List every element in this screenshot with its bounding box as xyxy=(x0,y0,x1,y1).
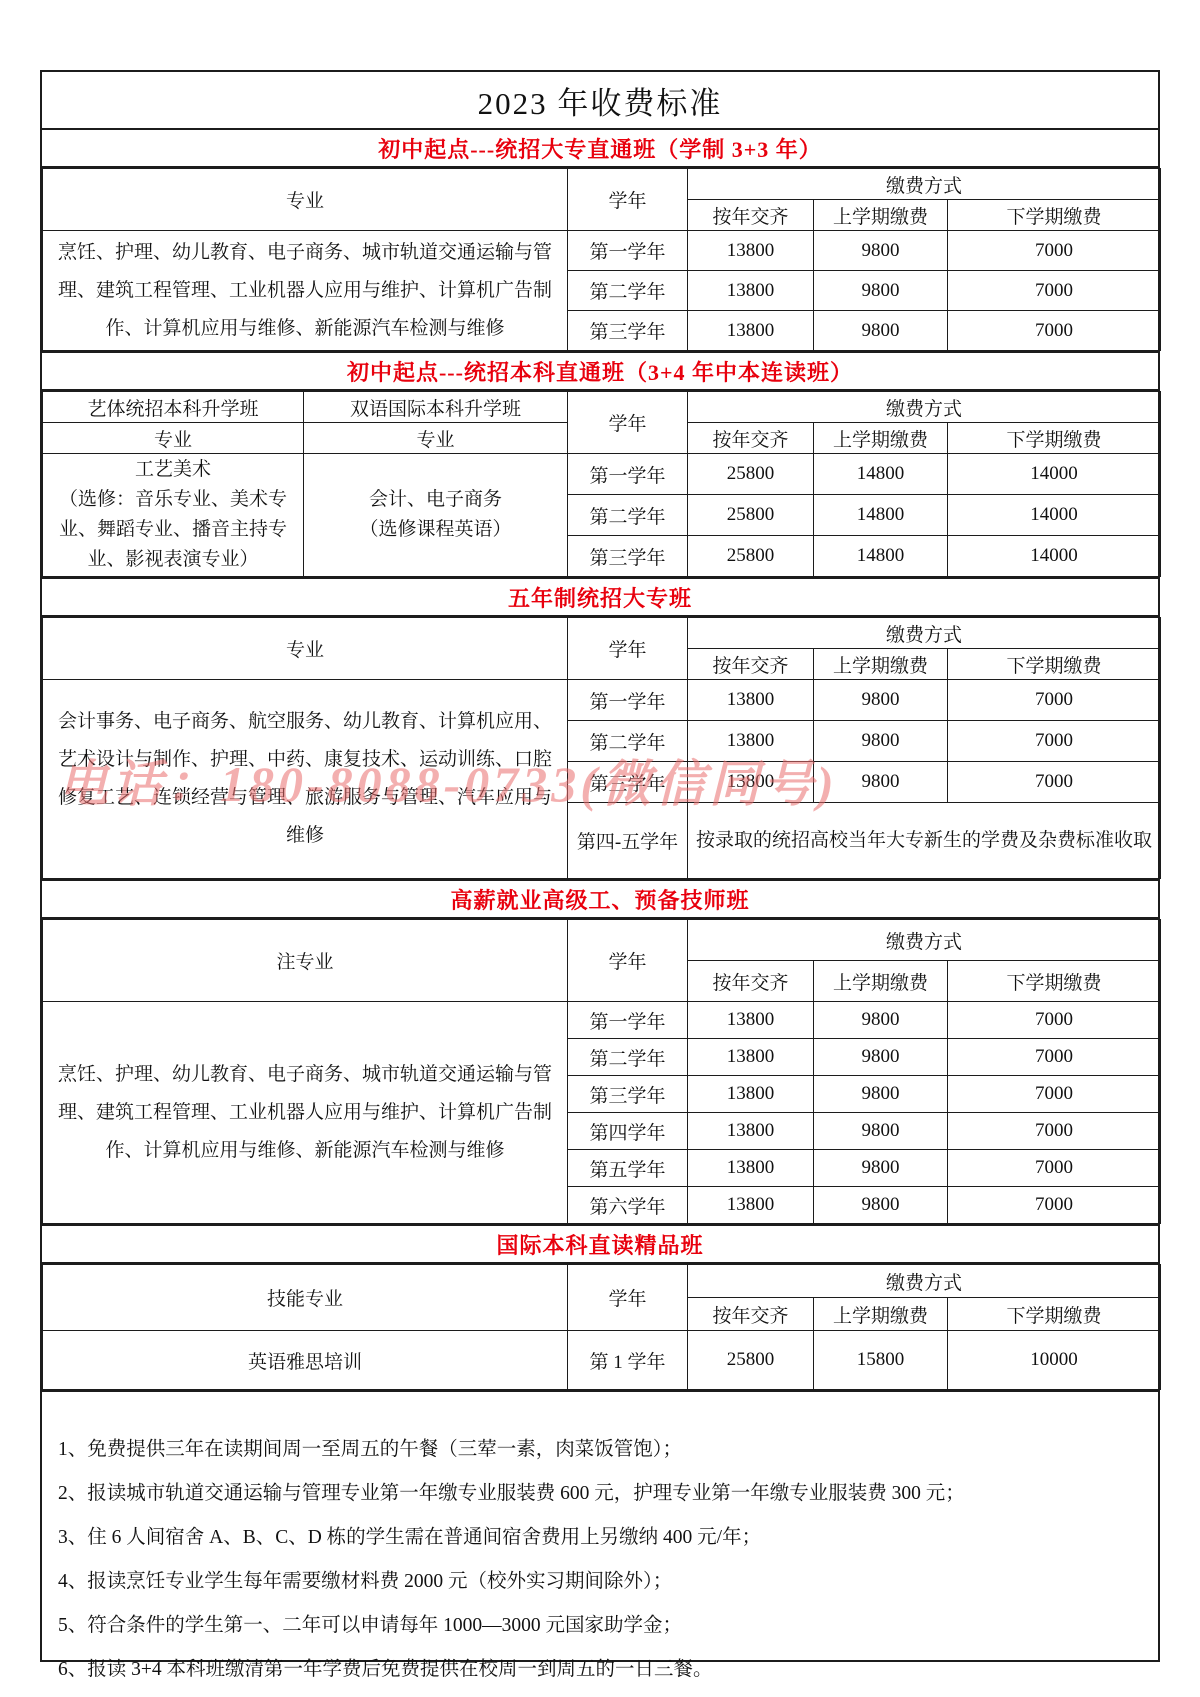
section2-title: 初中起点---统招本科直通班（3+4 年中本连读班） xyxy=(42,351,1158,391)
year-cell: 第二学年 xyxy=(568,721,688,762)
header-year: 学年 xyxy=(568,1265,688,1331)
fee-cell: 9800 xyxy=(814,1150,948,1187)
fee-cell: 9800 xyxy=(814,231,948,271)
fee-standard-sheet: 2023 年收费标准 初中起点---统招大专直通班（学制 3+3 年） 专业 学… xyxy=(40,70,1160,1662)
fee-cell: 13800 xyxy=(688,271,814,311)
year-cell: 第三学年 xyxy=(568,311,688,351)
fee-cell: 7000 xyxy=(948,1039,1161,1076)
fee-cell: 7000 xyxy=(948,1187,1161,1224)
fee-cell: 7000 xyxy=(948,231,1161,271)
footnotes: 1、免费提供三年在读期间周一至周五的午餐（三荤一素，肉菜饭管饱）； 2、报读城市… xyxy=(42,1390,1158,1660)
year-cell: 第三学年 xyxy=(568,762,688,803)
header-payment-method: 缴费方式 xyxy=(688,618,1161,649)
fee-cell: 7000 xyxy=(948,762,1161,803)
section5-major: 英语雅思培训 xyxy=(43,1331,568,1390)
year-cell: 第五学年 xyxy=(568,1150,688,1187)
fee-cell: 7000 xyxy=(948,721,1161,762)
fee-cell: 14800 xyxy=(814,495,948,536)
header-pay-term1: 上学期缴费 xyxy=(814,1298,948,1331)
section2-class2-name: 双语国际本科升学班 xyxy=(304,392,568,423)
year-cell: 第一学年 xyxy=(568,231,688,271)
header-payment-method: 缴费方式 xyxy=(688,1265,1161,1298)
header-year: 学年 xyxy=(568,618,688,680)
note-line: 6、报读 3+4 本科班缴清第一年学费后免费提供在校周一到周五的一日三餐。 xyxy=(58,1648,1138,1692)
header-payment-method: 缴费方式 xyxy=(688,392,1161,423)
header-major: 专业 xyxy=(304,423,568,454)
note-line: 5、符合条件的学生第一、二年可以申请每年 1000—3000 元国家助学金； xyxy=(58,1604,1138,1648)
fee-cell: 14000 xyxy=(948,495,1161,536)
fee-cell: 9800 xyxy=(814,1187,948,1224)
section3-table: 专业 学年 缴费方式 按年交齐 上学期缴费 下学期缴费 会计事务、电子商务、航空… xyxy=(42,617,1161,879)
header-pay-term2: 下学期缴费 xyxy=(948,200,1161,231)
section4-majors: 烹饪、护理、幼儿教育、电子商务、城市轨道交通运输与管理、建筑工程管理、工业机器人… xyxy=(43,1002,568,1224)
fee-cell: 9800 xyxy=(814,1039,948,1076)
section5-table: 技能专业 学年 缴费方式 按年交齐 上学期缴费 下学期缴费 英语雅思培训 第 1… xyxy=(42,1264,1161,1390)
header-year: 学年 xyxy=(568,392,688,454)
fee-cell: 7000 xyxy=(948,271,1161,311)
header-major: 专业 xyxy=(43,423,304,454)
fee-cell: 7000 xyxy=(948,311,1161,351)
section2-class2-majors: 会计、电子商务 （选修课程英语） xyxy=(304,454,568,577)
fee-cell: 9800 xyxy=(814,1076,948,1113)
major-line: （选修：音乐专业、美术专业、舞蹈专业、播音主持专业、影视表演专业） xyxy=(49,485,297,575)
section5-title: 国际本科直读精品班 xyxy=(42,1224,1158,1264)
header-pay-annual: 按年交齐 xyxy=(688,200,814,231)
header-major: 专业 xyxy=(43,169,568,231)
fee-cell: 7000 xyxy=(948,680,1161,721)
header-skill-major: 技能专业 xyxy=(43,1265,568,1331)
header-pay-term1: 上学期缴费 xyxy=(814,649,948,680)
fee-cell: 13800 xyxy=(688,1113,814,1150)
header-payment-method: 缴费方式 xyxy=(688,920,1161,961)
year-cell: 第三学年 xyxy=(568,1076,688,1113)
header-pay-term1: 上学期缴费 xyxy=(814,423,948,454)
header-year: 学年 xyxy=(568,169,688,231)
fee-cell: 13800 xyxy=(688,1076,814,1113)
header-pay-annual: 按年交齐 xyxy=(688,423,814,454)
fee-cell: 13800 xyxy=(688,1039,814,1076)
year-cell: 第四学年 xyxy=(568,1113,688,1150)
major-line: 工艺美术 xyxy=(49,455,297,485)
fee-cell: 13800 xyxy=(688,1150,814,1187)
fee-cell: 9800 xyxy=(814,271,948,311)
fee-cell: 13800 xyxy=(688,1002,814,1039)
section4-title: 高薪就业高级工、预备技师班 xyxy=(42,879,1158,919)
fee-cell: 7000 xyxy=(948,1002,1161,1039)
header-year: 学年 xyxy=(568,920,688,1002)
year-cell: 第二学年 xyxy=(568,1039,688,1076)
fee-cell: 9800 xyxy=(814,1002,948,1039)
fee-cell: 7000 xyxy=(948,1076,1161,1113)
fee-cell: 9800 xyxy=(814,311,948,351)
note-line: 2、报读城市轨道交通运输与管理专业第一年缴专业服装费 600 元，护理专业第一年… xyxy=(58,1472,1138,1516)
section3-special-note: 按录取的统招高校当年大专新生的学费及杂费标准收取 xyxy=(688,803,1161,879)
year-cell: 第四-五学年 xyxy=(568,803,688,879)
section2-class1-majors: 工艺美术 （选修：音乐专业、美术专业、舞蹈专业、播音主持专业、影视表演专业） xyxy=(43,454,304,577)
fee-cell: 7000 xyxy=(948,1150,1161,1187)
section3-title: 五年制统招大专班 xyxy=(42,577,1158,617)
note-line: 3、住 6 人间宿舍 A、B、C、D 栋的学生需在普通间宿舍费用上另缴纳 400… xyxy=(58,1516,1138,1560)
year-cell: 第 1 学年 xyxy=(568,1331,688,1390)
header-pay-term1: 上学期缴费 xyxy=(814,961,948,1002)
section2-class1-name: 艺体统招本科升学班 xyxy=(43,392,304,423)
section2-table: 艺体统招本科升学班 双语国际本科升学班 学年 缴费方式 专业 专业 按年交齐 上… xyxy=(42,391,1161,577)
header-major: 专业 xyxy=(43,618,568,680)
header-pay-term2: 下学期缴费 xyxy=(948,649,1161,680)
section1-table: 专业 学年 缴费方式 按年交齐 上学期缴费 下学期缴费 烹饪、护理、幼儿教育、电… xyxy=(42,168,1161,351)
fee-cell: 13800 xyxy=(688,231,814,271)
fee-cell: 10000 xyxy=(948,1331,1161,1390)
fee-cell: 14000 xyxy=(948,536,1161,577)
section3-majors: 会计事务、电子商务、航空服务、幼儿教育、计算机应用、艺术设计与制作、护理、中药、… xyxy=(43,680,568,879)
major-line: 会计、电子商务 xyxy=(310,485,561,515)
page: { "page": { "title": "2023 年收费标准", "wate… xyxy=(0,0,1200,1697)
header-pay-annual: 按年交齐 xyxy=(688,961,814,1002)
note-line: 1、免费提供三年在读期间周一至周五的午餐（三荤一素，肉菜饭管饱）； xyxy=(58,1428,1138,1472)
note-line: 4、报读烹饪专业学生每年需要缴材料费 2000 元（校外实习期间除外）； xyxy=(58,1560,1138,1604)
section4-table: 注专业 学年 缴费方式 按年交齐 上学期缴费 下学期缴费 烹饪、护理、幼儿教育、… xyxy=(42,919,1161,1224)
section1-majors: 烹饪、护理、幼儿教育、电子商务、城市轨道交通运输与管理、建筑工程管理、工业机器人… xyxy=(43,231,568,351)
fee-cell: 13800 xyxy=(688,762,814,803)
major-line: （选修课程英语） xyxy=(310,515,561,545)
header-pay-annual: 按年交齐 xyxy=(688,1298,814,1331)
header-pay-annual: 按年交齐 xyxy=(688,649,814,680)
year-cell: 第六学年 xyxy=(568,1187,688,1224)
fee-cell: 25800 xyxy=(688,1331,814,1390)
year-cell: 第一学年 xyxy=(568,680,688,721)
fee-cell: 9800 xyxy=(814,680,948,721)
header-pay-term2: 下学期缴费 xyxy=(948,1298,1161,1331)
fee-cell: 15800 xyxy=(814,1331,948,1390)
header-pay-term2: 下学期缴费 xyxy=(948,961,1161,1002)
header-note-major: 注专业 xyxy=(43,920,568,1002)
section1-title: 初中起点---统招大专直通班（学制 3+3 年） xyxy=(42,128,1158,168)
fee-cell: 14800 xyxy=(814,536,948,577)
year-cell: 第三学年 xyxy=(568,536,688,577)
header-pay-term2: 下学期缴费 xyxy=(948,423,1161,454)
year-cell: 第二学年 xyxy=(568,495,688,536)
fee-cell: 13800 xyxy=(688,1187,814,1224)
fee-cell: 7000 xyxy=(948,1113,1161,1150)
fee-cell: 14800 xyxy=(814,454,948,495)
fee-cell: 25800 xyxy=(688,536,814,577)
fee-cell: 9800 xyxy=(814,721,948,762)
fee-cell: 13800 xyxy=(688,721,814,762)
year-cell: 第一学年 xyxy=(568,454,688,495)
fee-cell: 13800 xyxy=(688,311,814,351)
fee-cell: 14000 xyxy=(948,454,1161,495)
fee-cell: 13800 xyxy=(688,680,814,721)
header-payment-method: 缴费方式 xyxy=(688,169,1161,200)
year-cell: 第二学年 xyxy=(568,271,688,311)
fee-cell: 9800 xyxy=(814,762,948,803)
fee-cell: 25800 xyxy=(688,495,814,536)
year-cell: 第一学年 xyxy=(568,1002,688,1039)
header-pay-term1: 上学期缴费 xyxy=(814,200,948,231)
fee-cell: 25800 xyxy=(688,454,814,495)
fee-cell: 9800 xyxy=(814,1113,948,1150)
page-title: 2023 年收费标准 xyxy=(42,72,1158,128)
